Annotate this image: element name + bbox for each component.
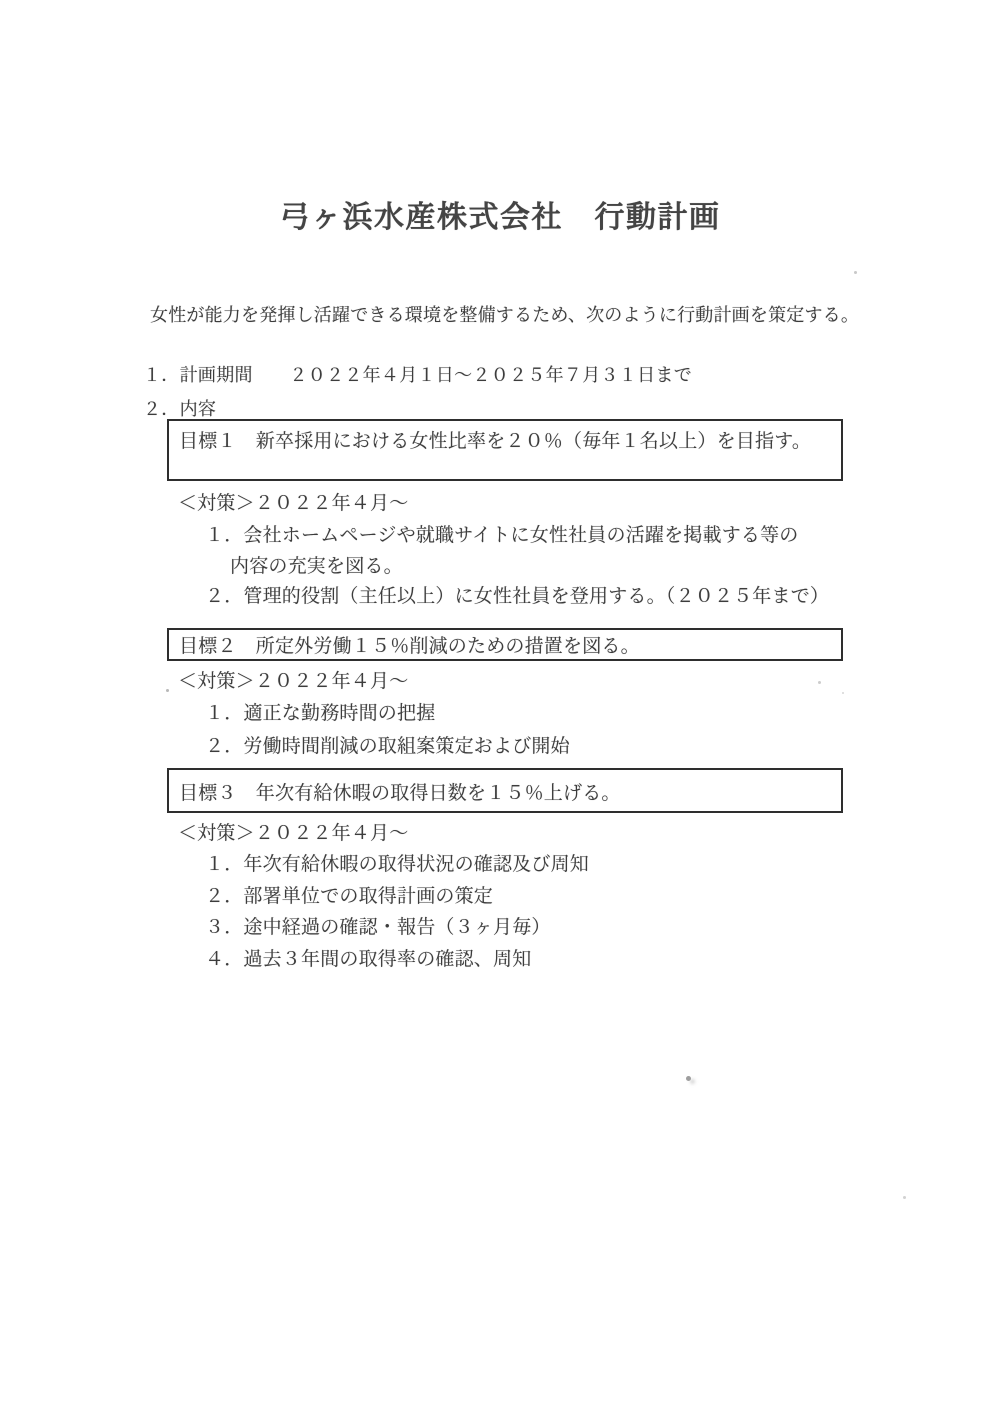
scanned-document-page: 弓ヶ浜水産株式会社 行動計画 女性が能力を発揮し活躍できる環境を整備するため、次… bbox=[0, 0, 1000, 1414]
goal-3-item-1: １．年次有給休暇の取得状況の確認及び周知 bbox=[205, 849, 589, 876]
goal-2-measures-label: ＜対策＞２０２２年４月～ bbox=[178, 666, 408, 693]
scan-speck bbox=[166, 689, 169, 692]
goal-1-item-2: ２．管理的役割（主任以上）に女性社員を登用する。（２０２５年まで） bbox=[205, 581, 829, 608]
goal-3-item-3: ３．途中経過の確認・報告（３ヶ月毎） bbox=[205, 912, 551, 939]
goal-1-box: 目標１ 新卒採用における女性比率を２０％（毎年１名以上）を目指す。 bbox=[167, 419, 843, 481]
goal-3-heading: 目標３ 年次有給休暇の取得日数を１５％上げる。 bbox=[179, 778, 621, 805]
goal-3-item-4: ４．過去３年間の取得率の確認、周知 bbox=[205, 944, 531, 971]
goal-1-item-1: １．会社ホームページや就職サイトに女性社員の活躍を掲載する等の bbox=[205, 520, 799, 547]
plan-period-line: １．計画期間 ２０２２年４月１日～２０２５年７月３１日まで bbox=[143, 361, 692, 387]
goal-2-heading: 目標２ 所定外労働１５％削減のための措置を図る。 bbox=[179, 631, 640, 658]
goal-1-item-1-continued: 内容の充実を図る。 bbox=[230, 551, 403, 578]
scan-speck bbox=[854, 271, 857, 274]
goal-3-item-2: ２．部署単位での取得計画の策定 bbox=[205, 881, 493, 908]
scan-speck bbox=[842, 692, 844, 694]
goal-1-measures-label: ＜対策＞２０２２年４月～ bbox=[178, 488, 408, 515]
content-heading: ２．内容 bbox=[143, 395, 216, 421]
goal-2-item-2: ２．労働時間削減の取組案策定および開始 bbox=[205, 731, 570, 758]
scan-speck bbox=[818, 681, 821, 684]
goal-2-item-1: １．適正な勤務時間の把握 bbox=[205, 698, 435, 725]
goal-3-box: 目標３ 年次有給休暇の取得日数を１５％上げる。 bbox=[167, 768, 843, 813]
goal-3-measures-label: ＜対策＞２０２２年４月～ bbox=[178, 818, 408, 845]
intro-text: 女性が能力を発揮し活躍できる環境を整備するため、次のように行動計画を策定する。 bbox=[150, 301, 859, 327]
document-title: 弓ヶ浜水産株式会社 行動計画 bbox=[0, 192, 1000, 236]
goal-1-heading: 目標１ 新卒採用における女性比率を２０％（毎年１名以上）を目指す。 bbox=[179, 426, 811, 453]
scan-speck bbox=[686, 1076, 691, 1081]
scan-speck bbox=[903, 1196, 906, 1199]
goal-2-box: 目標２ 所定外労働１５％削減のための措置を図る。 bbox=[167, 628, 843, 661]
